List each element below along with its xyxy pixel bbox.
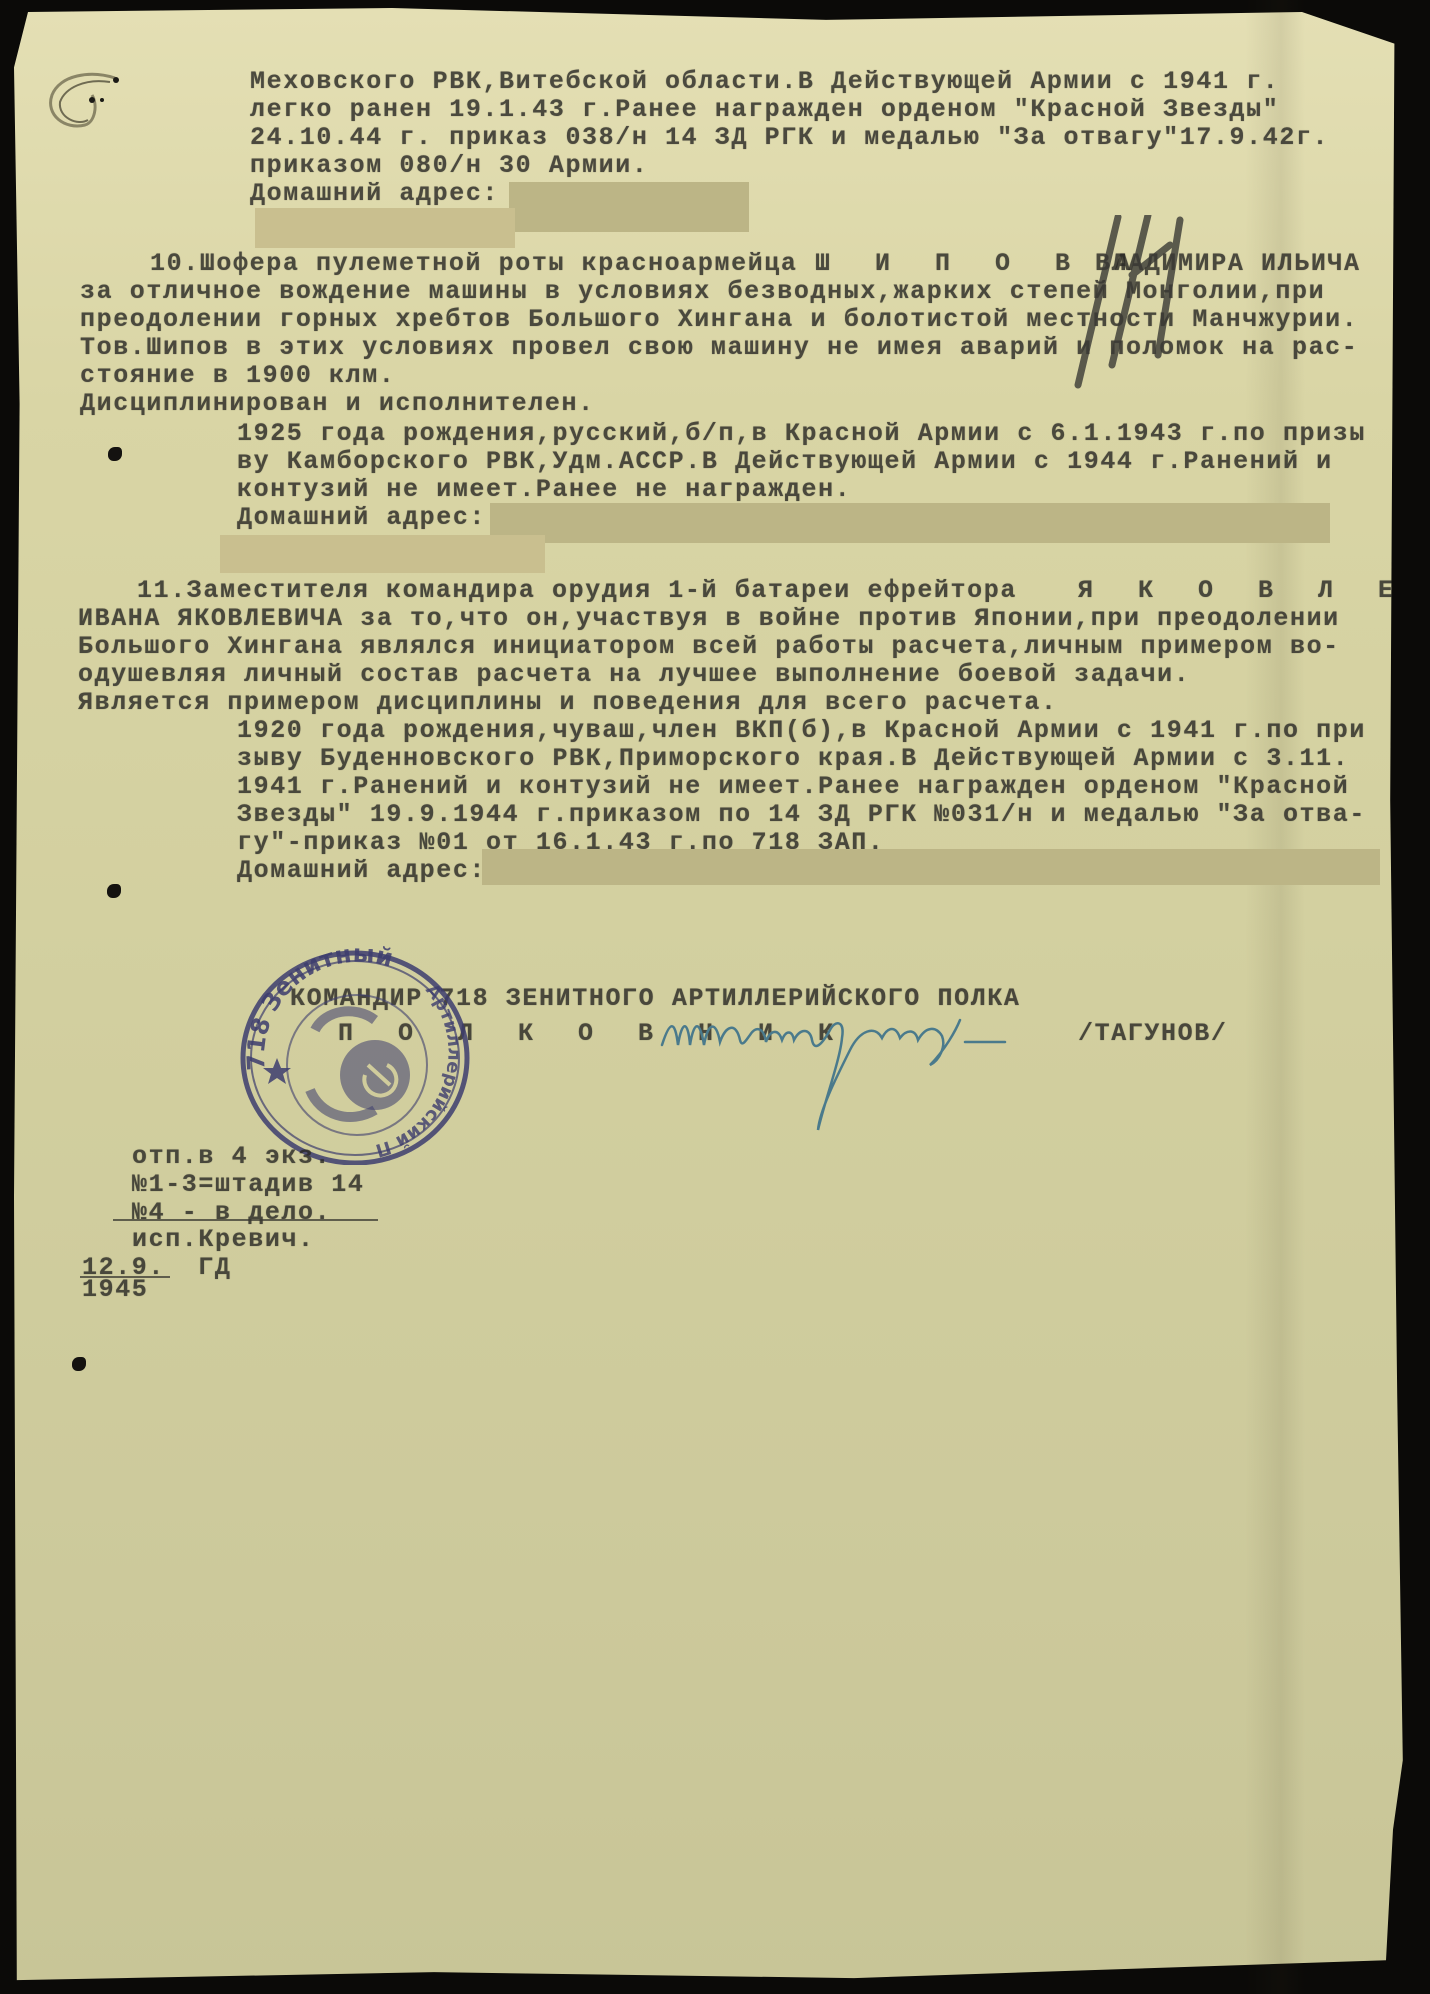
entry-11-address-label: Домашний адрес: <box>237 857 486 885</box>
redacted-address <box>255 208 515 248</box>
redacted-address <box>220 535 545 573</box>
entry-10-line-5: стояние в 1900 клм. <box>80 362 395 390</box>
entry-11-line-1: 11.Заместителя командира орудия 1-й бата… <box>137 577 1017 605</box>
footer-distribution-1: №1-3=штадив 14 <box>132 1171 364 1199</box>
entry-11-bio-3: 1941 г.Ранений и контузий не имеет.Ранее… <box>237 773 1349 801</box>
entry-11-line-4: одушевляя личный состав расчета на лучше… <box>78 661 1190 689</box>
intro-line-4: приказом 080/н 30 Армии. <box>250 152 648 180</box>
entry-11-bio-2: зыву Буденновского РВК,Приморского края.… <box>237 745 1349 773</box>
commander-name: /ТАГУНОВ/ <box>1078 1020 1227 1048</box>
footer-year: 1945 <box>82 1276 148 1304</box>
entry-10-address-label: Домашний адрес: <box>237 504 486 532</box>
entry-11-bio-4: Звезды" 19.9.1944 г.приказом по 14 ЗД РГ… <box>237 801 1366 829</box>
footer-distribution-2: №4 - в дело. <box>132 1199 331 1227</box>
entry-11-line-2: ИВАНА ЯКОВЛЕВИЧА за то,что он,участвуя в… <box>78 605 1340 633</box>
punch-hole <box>72 1357 86 1371</box>
intro-address-label: Домашний адрес: <box>250 180 499 208</box>
redacted-address <box>482 849 1380 885</box>
official-seal-stamp-icon: 718 Зенитный Артиллерийский Полк <box>225 940 495 1165</box>
entry-10-bio-3: контузий не имеет.Ранее не награжден. <box>237 476 851 504</box>
pencil-mark-icon <box>1060 215 1200 390</box>
entry-11-bio-1: 1920 года рождения,чуваш,член ВКП(б),в К… <box>237 717 1366 745</box>
footer-copies: отп.в 4 экз. <box>132 1143 331 1171</box>
entry-10-line-1: 10.Шофера пулеметной роты красноармейца <box>150 250 798 278</box>
footer-rule <box>113 1219 378 1221</box>
redacted-address <box>509 182 749 232</box>
entry-10-bio-1: 1925 года рождения,русский,б/п,в Красной… <box>237 420 1366 448</box>
redacted-address <box>490 503 1330 543</box>
handwritten-signature-icon <box>660 990 1050 1140</box>
intro-line-3: 24.10.44 г. приказ 038/н 14 ЗД РГК и мед… <box>250 124 1329 152</box>
thread-binding-icon <box>30 60 130 140</box>
entry-11-surname: Я К О В Л Е В А <box>1078 577 1430 605</box>
entry-11-line-3: Большого Хингана являлся инициатором все… <box>78 633 1340 661</box>
intro-line-2: легко ранен 19.1.43 г.Ранее награжден ор… <box>250 96 1279 124</box>
punch-hole <box>107 884 121 898</box>
punch-hole <box>108 447 122 461</box>
entry-11-line-5: Является примером дисциплины и поведения… <box>78 689 1058 717</box>
entry-10-bio-2: ву Камборского РВК,Удм.АССР.В Действующе… <box>237 448 1333 476</box>
footer-executor: исп.Кревич. <box>132 1226 315 1254</box>
intro-line-1: Меховского РВК,Витебской области.В Дейст… <box>250 68 1279 96</box>
entry-10-line-6: Дисциплинирован и исполнителен. <box>80 390 595 418</box>
